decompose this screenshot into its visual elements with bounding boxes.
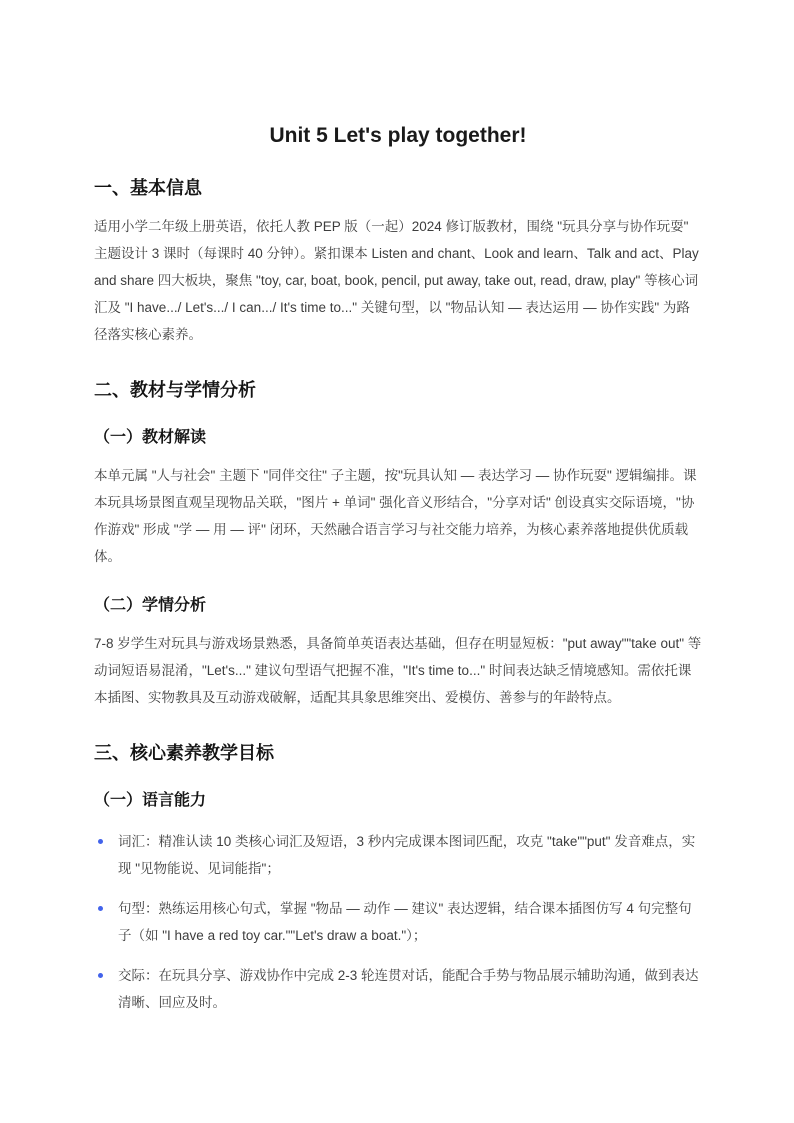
- subsection-heading-language-ability: （一）语言能力: [94, 790, 702, 812]
- list-item-text: 句型：熟练运用核心句式，掌握 "物品 — 动作 — 建议" 表达逻辑，结合课本插…: [118, 901, 692, 943]
- list-item-text: 词汇：精准认读 10 类核心词汇及短语，3 秒内完成课本图词匹配，攻克 "tak…: [118, 834, 695, 876]
- language-goals-list: 词汇：精准认读 10 类核心词汇及短语，3 秒内完成课本图词匹配，攻克 "tak…: [94, 828, 702, 1016]
- bullet-dot-icon: [98, 839, 103, 844]
- document-page: Unit 5 Let's play together! 一、基本信息 适用小学二…: [0, 0, 794, 1123]
- list-item-text: 交际：在玩具分享、游戏协作中完成 2-3 轮连贯对话，能配合手势与物品展示辅助沟…: [118, 968, 699, 1010]
- bullet-dot-icon: [98, 906, 103, 911]
- section-heading-teaching-goals: 三、核心素养教学目标: [94, 741, 702, 765]
- section-heading-analysis: 二、教材与学情分析: [94, 378, 702, 402]
- list-item-vocabulary: 词汇：精准认读 10 类核心词汇及短语，3 秒内完成课本图词匹配，攻克 "tak…: [94, 828, 702, 882]
- paragraph-basic-info: 适用小学二年级上册英语，依托人教 PEP 版（一起）2024 修订版教材，围绕 …: [94, 213, 702, 348]
- list-item-communication: 交际：在玩具分享、游戏协作中完成 2-3 轮连贯对话，能配合手势与物品展示辅助沟…: [94, 962, 702, 1016]
- document-title: Unit 5 Let's play together!: [94, 121, 702, 151]
- subsection-heading-learner-analysis: （二）学情分析: [94, 595, 702, 617]
- subsection-heading-material-analysis: （一）教材解读: [94, 427, 702, 449]
- paragraph-material-analysis: 本单元属 "人与社会" 主题下 "同伴交往" 子主题，按"玩具认知 — 表达学习…: [94, 462, 702, 570]
- paragraph-learner-analysis: 7-8 岁学生对玩具与游戏场景熟悉，具备简单英语表达基础，但存在明显短板："pu…: [94, 630, 702, 711]
- bullet-dot-icon: [98, 973, 103, 978]
- list-item-sentence-patterns: 句型：熟练运用核心句式，掌握 "物品 — 动作 — 建议" 表达逻辑，结合课本插…: [94, 895, 702, 949]
- section-heading-basic-info: 一、基本信息: [94, 176, 702, 200]
